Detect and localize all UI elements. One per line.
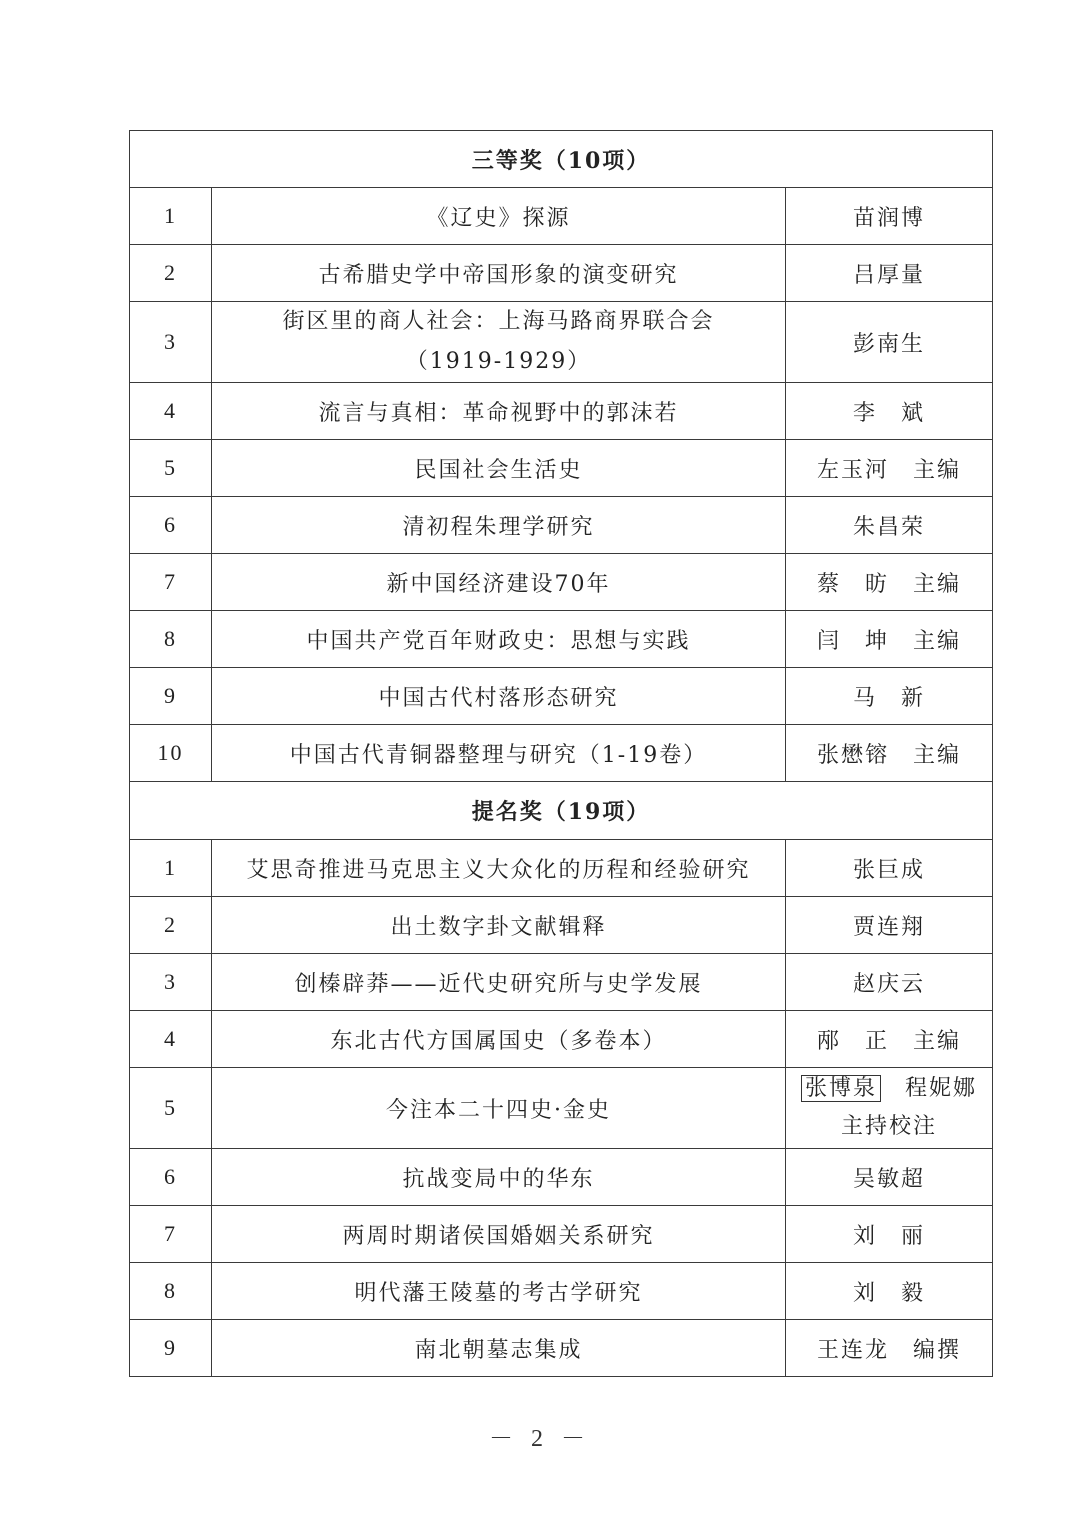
table-row: 9 南北朝墓志集成 王连龙 编撰 [130, 1320, 993, 1377]
work-title: 中国古代村落形态研究 [212, 668, 786, 725]
table-row: 6 抗战变局中的华东 吴敏超 [130, 1149, 993, 1206]
row-number: 3 [130, 954, 212, 1011]
author: 苗润博 [786, 188, 993, 245]
table-row: 8 中国共产党百年财政史：思想与实践 闫 坤 主编 [130, 611, 993, 668]
row-number: 1 [130, 188, 212, 245]
row-number: 3 [130, 302, 212, 383]
table-row: 6 清初程朱理学研究 朱昌荣 [130, 497, 993, 554]
table-row: 2 出土数字卦文献辑释 贾连翔 [130, 897, 993, 954]
work-title: 《辽史》探源 [212, 188, 786, 245]
table-row: 2 古希腊史学中帝国形象的演变研究 吕厚量 [130, 245, 993, 302]
table-row: 1 艾思奇推进马克思主义大众化的历程和经验研究 张巨成 [130, 840, 993, 897]
work-title: 创榛辟莽——近代史研究所与史学发展 [212, 954, 786, 1011]
table-row: 7 新中国经济建设70年 蔡 昉 主编 [130, 554, 993, 611]
work-title: 民国社会生活史 [212, 440, 786, 497]
section-header-row: 三等奖（10项） [130, 131, 993, 188]
author-role: 主持校注 [786, 1108, 992, 1146]
row-number: 6 [130, 497, 212, 554]
work-title: 艾思奇推进马克思主义大众化的历程和经验研究 [212, 840, 786, 897]
work-title: 南北朝墓志集成 [212, 1320, 786, 1377]
table-row: 9 中国古代村落形态研究 马 新 [130, 668, 993, 725]
table-row: 10 中国古代青铜器整理与研究（1-19卷） 张懋镕 主编 [130, 725, 993, 782]
row-number: 4 [130, 383, 212, 440]
row-number: 1 [130, 840, 212, 897]
row-number: 7 [130, 1206, 212, 1263]
table-row: 1 《辽史》探源 苗润博 [130, 188, 993, 245]
row-number: 7 [130, 554, 212, 611]
work-title: 出土数字卦文献辑释 [212, 897, 786, 954]
author: 刘 毅 [786, 1263, 993, 1320]
author: 彭南生 [786, 302, 993, 383]
section-heading-third-prize: 三等奖（10项） [130, 131, 993, 188]
work-title-line: 街区里的商人社会：上海马路商界联合会 [212, 302, 785, 342]
work-title: 清初程朱理学研究 [212, 497, 786, 554]
author: 赵庆云 [786, 954, 993, 1011]
table-row: 4 东北古代方国属国史（多卷本） 邴 正 主编 [130, 1011, 993, 1068]
author: 张巨成 [786, 840, 993, 897]
work-title: 古希腊史学中帝国形象的演变研究 [212, 245, 786, 302]
author: 贾连翔 [786, 897, 993, 954]
author: 吕厚量 [786, 245, 993, 302]
work-title: 东北古代方国属国史（多卷本） [212, 1011, 786, 1068]
co-author-name: 程妮娜 [881, 1076, 977, 1101]
row-number: 2 [130, 897, 212, 954]
author: 左玉河 主编 [786, 440, 993, 497]
row-number: 2 [130, 245, 212, 302]
work-title: 流言与真相：革命视野中的郭沫若 [212, 383, 786, 440]
author: 王连龙 编撰 [786, 1320, 993, 1377]
work-title: 新中国经济建设70年 [212, 554, 786, 611]
work-title: 明代藩王陵墓的考古学研究 [212, 1263, 786, 1320]
work-title: 中国古代青铜器整理与研究（1-19卷） [212, 725, 786, 782]
author: 邴 正 主编 [786, 1011, 993, 1068]
row-number: 5 [130, 440, 212, 497]
section-header-row: 提名奖（19项） [130, 782, 993, 840]
table-row: 5 今注本二十四史·金史 张博泉 程妮娜 主持校注 [130, 1068, 993, 1149]
document-page: 三等奖（10项） 1 《辽史》探源 苗润博 2 古希腊史学中帝国形象的演变研究 … [0, 0, 1080, 1527]
author: 朱昌荣 [786, 497, 993, 554]
row-number: 9 [130, 668, 212, 725]
table-row: 4 流言与真相：革命视野中的郭沫若 李 斌 [130, 383, 993, 440]
work-title: 今注本二十四史·金史 [212, 1068, 786, 1149]
author-line: 张博泉 程妮娜 [786, 1070, 992, 1108]
author: 蔡 昉 主编 [786, 554, 993, 611]
author: 张博泉 程妮娜 主持校注 [786, 1068, 993, 1149]
author: 李 斌 [786, 383, 993, 440]
row-number: 6 [130, 1149, 212, 1206]
boxed-author-name: 张博泉 [801, 1075, 881, 1102]
author: 刘 丽 [786, 1206, 993, 1263]
row-number: 8 [130, 611, 212, 668]
table-row: 8 明代藩王陵墓的考古学研究 刘 毅 [130, 1263, 993, 1320]
table-row: 3 创榛辟莽——近代史研究所与史学发展 赵庆云 [130, 954, 993, 1011]
table-row: 7 两周时期诸侯国婚姻关系研究 刘 丽 [130, 1206, 993, 1263]
row-number: 5 [130, 1068, 212, 1149]
row-number: 8 [130, 1263, 212, 1320]
row-number: 4 [130, 1011, 212, 1068]
row-number: 10 [130, 725, 212, 782]
author: 张懋镕 主编 [786, 725, 993, 782]
author: 马 新 [786, 668, 993, 725]
work-title: 抗战变局中的华东 [212, 1149, 786, 1206]
section-heading-nomination: 提名奖（19项） [130, 782, 993, 840]
page-number: － 2 － [0, 1418, 1080, 1453]
author: 闫 坤 主编 [786, 611, 993, 668]
table-row: 3 街区里的商人社会：上海马路商界联合会 （1919-1929） 彭南生 [130, 302, 993, 383]
awards-table: 三等奖（10项） 1 《辽史》探源 苗润博 2 古希腊史学中帝国形象的演变研究 … [129, 130, 993, 1377]
work-title-line: （1919-1929） [212, 342, 785, 382]
work-title: 中国共产党百年财政史：思想与实践 [212, 611, 786, 668]
work-title: 街区里的商人社会：上海马路商界联合会 （1919-1929） [212, 302, 786, 383]
table-row: 5 民国社会生活史 左玉河 主编 [130, 440, 993, 497]
row-number: 9 [130, 1320, 212, 1377]
work-title: 两周时期诸侯国婚姻关系研究 [212, 1206, 786, 1263]
author: 吴敏超 [786, 1149, 993, 1206]
